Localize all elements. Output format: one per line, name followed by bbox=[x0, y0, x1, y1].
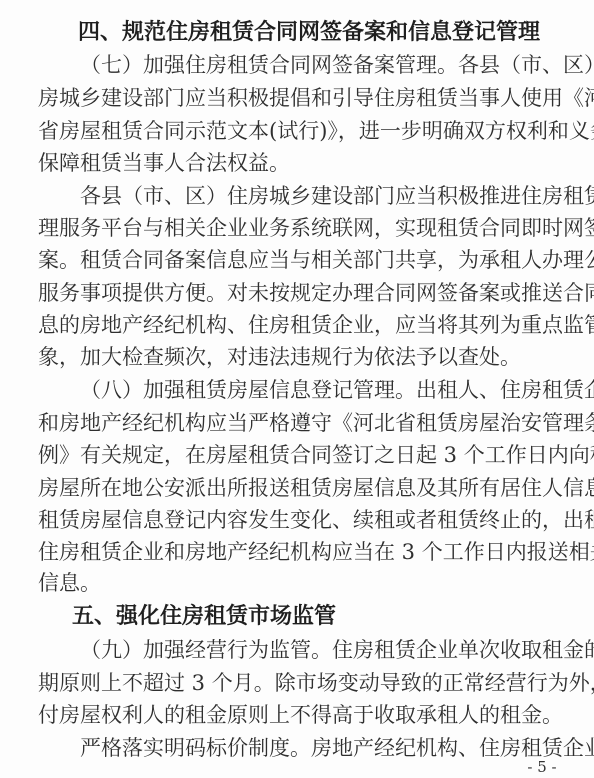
paragraph-9-line-2: 期原则上不超过 3 个月。除市场变动导致的正常经营行为外，支 bbox=[38, 668, 554, 698]
paragraph-8-line-5: 租赁房屋信息登记内容发生变化、续租或者租赁终止的，出租人、 bbox=[38, 505, 554, 535]
paragraph-9b-line-1: 严格落实明码标价制度。房地产经纪机构、住房租赁企业收 bbox=[80, 733, 554, 763]
page-number: - 5 - bbox=[522, 757, 562, 777]
paragraph-7-line-1: （七）加强住房租赁合同网签备案管理。各县（市、区）住 bbox=[80, 50, 554, 80]
paragraph-8-line-2: 和房地产经纪机构应当严格遵守《河北省租赁房屋治安管理条 bbox=[38, 408, 554, 438]
paragraph-7-line-4: 保障租赁当事人合法权益。 bbox=[38, 148, 554, 178]
paragraph-8-line-6: 住房租赁企业和房地产经纪机构应当在 3 个工作日内报送相关 bbox=[38, 537, 554, 567]
paragraph-7b-line-6: 象，加大检查频次，对违法违规行为依法予以查处。 bbox=[38, 342, 554, 372]
paragraph-7b-line-4: 服务事项提供方便。对未按规定办理合同网签备案或推送合同信 bbox=[38, 278, 554, 308]
paragraph-7-line-2: 房城乡建设部门应当积极提倡和引导住房租赁当事人使用《河北 bbox=[38, 83, 554, 113]
paragraph-7b-line-1: 各县（市、区）住房城乡建设部门应当积极推进住房租赁管 bbox=[80, 181, 554, 211]
paragraph-7b-line-3: 案。租赁合同备案信息应当与相关部门共享，为承租人办理公共 bbox=[38, 245, 554, 275]
paragraph-9-line-1: （九）加强经营行为监管。住房租赁企业单次收取租金的周 bbox=[80, 635, 554, 665]
section-heading-4: 四、规范住房租赁合同网签备案和信息登记管理 bbox=[78, 18, 554, 48]
paragraph-8-line-3: 例》有关规定，在房屋租赁合同签订之日起 3 个工作日内向租赁 bbox=[38, 440, 554, 470]
section-heading-5: 五、强化住房租赁市场监管 bbox=[72, 602, 554, 632]
paragraph-8-line-1: （八）加强租赁房屋信息登记管理。出租人、住房租赁企业 bbox=[80, 375, 554, 405]
paragraph-7b-line-2: 理服务平台与相关企业业务系统联网，实现租赁合同即时网签备 bbox=[38, 213, 554, 243]
paragraph-8-line-4: 房屋所在地公安派出所报送租赁房屋信息及其所有居住人信息。 bbox=[38, 473, 554, 503]
paragraph-9-line-3: 付房屋权利人的租金原则上不得高于收取承租人的租金。 bbox=[38, 700, 554, 730]
paragraph-7-line-3: 省房屋租赁合同示范文本(试行)》，进一步明确双方权利和义务， bbox=[38, 116, 554, 146]
paragraph-8-line-7: 信息。 bbox=[38, 568, 554, 598]
paragraph-7b-line-5: 息的房地产经纪机构、住房租赁企业，应当将其列为重点监管对 bbox=[38, 310, 554, 340]
document-page: 四、规范住房租赁合同网签备案和信息登记管理 （七）加强住房租赁合同网签备案管理。… bbox=[0, 0, 594, 778]
